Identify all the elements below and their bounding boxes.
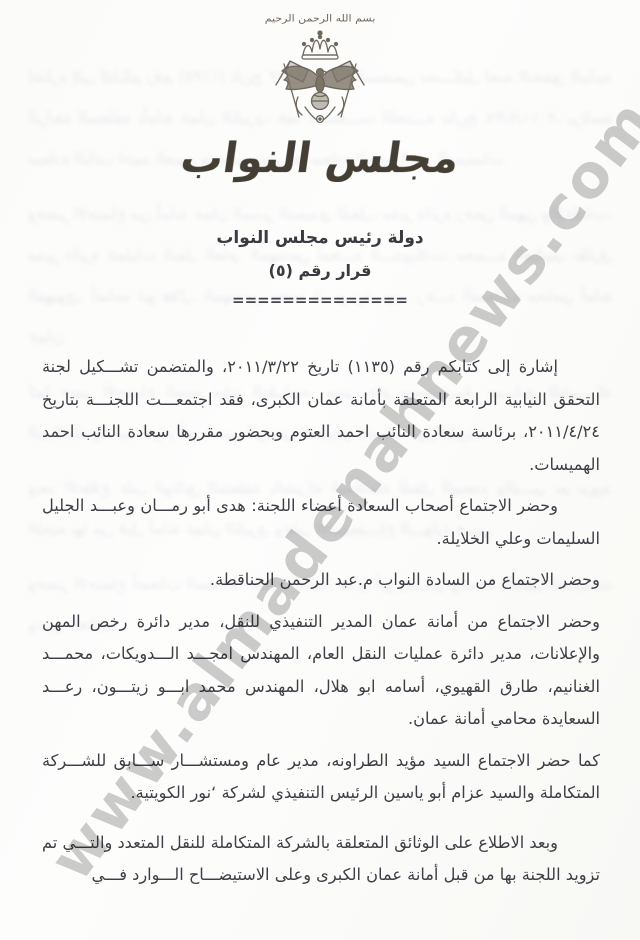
body-paragraph: وحضر الاجتماع أصحاب السعادة أعضاء اللجنة… <box>42 490 600 555</box>
jordan-coat-of-arms-icon <box>259 27 381 129</box>
separator-line: ============== <box>0 291 640 309</box>
body-paragraph: وحضر الاجتماع من السادة النواب م.عبد الر… <box>42 564 600 597</box>
decision-number-line: قرار رقم (٥) <box>0 261 640 280</box>
document-page: إشارة إلى كتابكم رقم (١١٣٥) تاريخ ٢٠١١/٣… <box>0 0 640 940</box>
masthead-title: مجلس النواب <box>0 133 640 182</box>
body-paragraph: وحضر الاجتماع من أمانة عمان المدير التنف… <box>42 606 600 736</box>
bismillah-calligraphy: بسم الله الرحمن الرحيم <box>0 13 640 24</box>
body-paragraph: إشارة إلى كتابكم رقم (١١٣٥) تاريخ ٢٠١١/٣… <box>42 351 600 481</box>
body-paragraph: وبعد الاطلاع على الوثائق المتعلقة بالشرك… <box>42 827 600 892</box>
addressee-line: دولة رئيس مجلس النواب <box>0 228 640 248</box>
body-paragraph: كما حضر الاجتماع السيد مؤيد الطراونه، مد… <box>42 745 600 810</box>
letter-body: إشارة إلى كتابكم رقم (١١٣٥) تاريخ ٢٠١١/٣… <box>42 351 600 892</box>
